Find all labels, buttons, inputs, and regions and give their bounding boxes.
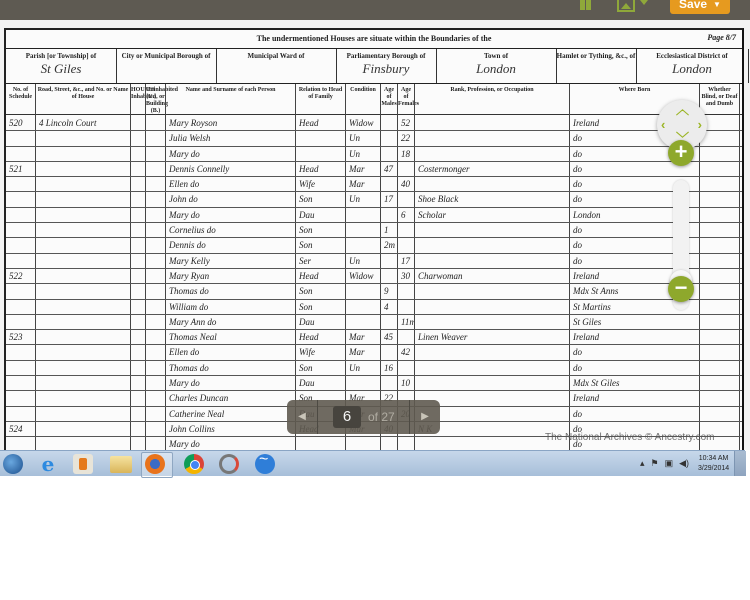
- cell-relation: Son: [299, 192, 345, 206]
- cell-street: [39, 162, 130, 176]
- cell-street: [39, 177, 130, 191]
- table-row: Thomas doSonUn16do: [6, 361, 742, 376]
- cell-female-age: [401, 361, 414, 375]
- cell-schedule: 524: [9, 422, 35, 436]
- cell-occupation: Scholar: [418, 208, 569, 222]
- cell-female-age: [401, 162, 414, 176]
- cell-street: [39, 131, 130, 145]
- cell-schedule: [9, 284, 35, 298]
- cell-condition: Un: [349, 254, 380, 268]
- column-header: Whether Blind, or Deaf and Dumb: [700, 84, 740, 114]
- column-header: Age of Females: [398, 84, 415, 114]
- cell-male-age: [384, 131, 397, 145]
- cell-born: do: [573, 361, 699, 375]
- internet-explorer-icon[interactable]: e: [38, 454, 58, 474]
- cell-relation: [299, 437, 345, 450]
- cell-name: Catherine Neal: [169, 407, 295, 421]
- cell-street: [39, 284, 130, 298]
- cell-condition: Un: [349, 147, 380, 161]
- cell-occupation: [418, 254, 569, 268]
- cell-female-age: [401, 284, 414, 298]
- cell-male-age: [384, 116, 397, 130]
- cell-male-age: [384, 177, 397, 191]
- cell-name: Mary Ryan: [169, 269, 295, 283]
- cell-occupation: [418, 376, 569, 390]
- save-label: Save: [679, 0, 707, 11]
- census-image-viewer[interactable]: The undermentioned Houses are situate wi…: [0, 20, 750, 450]
- table-row: Ellen doWifeMar40do: [6, 177, 742, 192]
- cell-relation: Dau: [299, 376, 345, 390]
- cell-condition: Un: [349, 192, 380, 206]
- header-field-value: London: [636, 61, 748, 77]
- system-tray: ▴ ⚑ ▣ ◀): [640, 458, 689, 469]
- cell-condition: Widow: [349, 116, 380, 130]
- cell-occupation: [418, 147, 569, 161]
- cell-male-age: 17: [384, 192, 397, 206]
- cell-name: Cornelius do: [169, 223, 295, 237]
- cell-schedule: [9, 391, 35, 405]
- cell-male-age: 2m: [384, 238, 397, 252]
- header-field-label: Ecclesiastical District of: [636, 52, 748, 60]
- header-field: Ecclesiastical District ofLondon: [636, 49, 749, 83]
- cell-street: [39, 238, 130, 252]
- cell-condition: Widow: [349, 269, 380, 283]
- cell-name: Charles Duncan: [169, 391, 295, 405]
- cell-male-age: 16: [384, 361, 397, 375]
- cell-name: John Collins: [169, 422, 295, 436]
- header-field-label: Municipal Ward of: [216, 52, 336, 60]
- volume-icon[interactable]: ◀): [679, 458, 689, 469]
- cell-female-age: 52: [401, 116, 414, 130]
- table-row: Mary Ann doDau11mSt Giles: [6, 315, 742, 330]
- table-row: Mary doUn18do: [6, 147, 742, 162]
- cell-relation: Son: [299, 284, 345, 298]
- cell-condition: [349, 223, 380, 237]
- clock[interactable]: 10:34 AM 3/29/2014: [698, 454, 729, 474]
- cell-condition: [349, 300, 380, 314]
- cell-schedule: [9, 223, 35, 237]
- chevron-down-icon[interactable]: [640, 0, 648, 5]
- table-row: 521Dennis ConnellyHeadMar47Costermongerd…: [6, 162, 742, 177]
- cell-condition: Mar: [349, 330, 380, 344]
- cell-relation: Head: [299, 269, 345, 283]
- cell-condition: [349, 437, 380, 450]
- cell-relation: Dau: [299, 315, 345, 329]
- cell-street: [39, 254, 130, 268]
- cell-street: [39, 269, 130, 283]
- column-header: Relation to Head of Family: [296, 84, 346, 114]
- cell-condition: [349, 208, 380, 222]
- cell-schedule: 520: [9, 116, 35, 130]
- cell-born: Mdx St Giles: [573, 376, 699, 390]
- cell-street: [39, 376, 130, 390]
- table-row: Thomas doSon9Mdx St Anns: [6, 284, 742, 299]
- cell-street: [39, 147, 130, 161]
- chrome-icon[interactable]: [184, 454, 204, 474]
- cell-occupation: [418, 391, 569, 405]
- cell-street: [39, 315, 130, 329]
- cell-name: Thomas do: [169, 284, 295, 298]
- cell-male-age: 47: [384, 162, 397, 176]
- cell-relation: [299, 147, 345, 161]
- column-header: Rank, Profession, or Occupation: [415, 84, 570, 114]
- cell-name: Ellen do: [169, 177, 295, 191]
- cell-occupation: [418, 116, 569, 130]
- column-header: Name and Surname of each Person: [166, 84, 296, 114]
- table-row: Mary KellySerUn17do: [6, 254, 742, 269]
- copyright-watermark: The National Archives © Ancestry.com: [545, 432, 714, 443]
- cell-male-age: [384, 269, 397, 283]
- cell-condition: Un: [349, 361, 380, 375]
- census-page: The undermentioned Houses are situate wi…: [4, 28, 744, 450]
- previous-page-button[interactable]: ◀: [287, 400, 318, 434]
- header-field-label: Parish [or Township] of: [6, 52, 116, 60]
- page-count-label: of 27: [368, 400, 395, 434]
- app-icon[interactable]: [255, 454, 275, 474]
- current-page-input[interactable]: 6: [333, 406, 361, 428]
- cell-schedule: [9, 192, 35, 206]
- cell-male-age: 9: [384, 284, 397, 298]
- header-field: Parliamentary Borough ofFinsbury: [336, 49, 437, 83]
- header-field-label: City or Municipal Borough of: [116, 52, 216, 60]
- column-header: No. of Schedule: [6, 84, 36, 114]
- header-field: Town ofLondon: [436, 49, 557, 83]
- media-player-icon[interactable]: [73, 454, 93, 474]
- cell-name: Ellen do: [169, 345, 295, 359]
- cell-schedule: [9, 376, 35, 390]
- cell-male-age: [384, 315, 397, 329]
- cell-name: Mary do: [169, 208, 295, 222]
- cell-male-age: [384, 208, 397, 222]
- show-desktop-button[interactable]: [734, 451, 746, 476]
- cell-relation: Son: [299, 300, 345, 314]
- cell-name: Thomas do: [169, 361, 295, 375]
- show-hidden-icons-icon[interactable]: ▴: [640, 458, 645, 469]
- cell-born: Ireland: [573, 330, 699, 344]
- cell-relation: Wife: [299, 345, 345, 359]
- header-field: Hamlet or Tything, &c., of: [556, 49, 637, 83]
- cell-street: [39, 192, 130, 206]
- cell-relation: Dau: [299, 208, 345, 222]
- cell-relation: Wife: [299, 177, 345, 191]
- cell-occupation: Shoe Black: [418, 192, 569, 206]
- cell-female-age: 6: [401, 208, 414, 222]
- cell-street: [39, 223, 130, 237]
- save-button[interactable]: Save ▼: [670, 0, 730, 14]
- cell-female-age: [401, 192, 414, 206]
- cell-occupation: [418, 300, 569, 314]
- cell-occupation: [418, 177, 569, 191]
- cell-female-age: 42: [401, 345, 414, 359]
- header-field-value: Finsbury: [336, 61, 436, 77]
- column-header: Uninhabited (U.), or Building (B.): [146, 84, 166, 114]
- cell-name: William do: [169, 300, 295, 314]
- cell-occupation: [418, 284, 569, 298]
- table-row: William doSon4St Martins: [6, 300, 742, 315]
- header-field-value: St Giles: [6, 61, 116, 77]
- cell-street: [39, 345, 130, 359]
- cell-female-age: [401, 437, 414, 450]
- cell-condition: Mar: [349, 177, 380, 191]
- cell-female-age: [401, 238, 414, 252]
- cell-female-age: [401, 223, 414, 237]
- column-header: Age of Males: [381, 84, 398, 114]
- cell-name: Dennis do: [169, 238, 295, 252]
- cell-relation: Head: [299, 116, 345, 130]
- cell-schedule: [9, 131, 35, 145]
- cell-schedule: [9, 238, 35, 252]
- cell-male-age: 1: [384, 223, 397, 237]
- cell-female-age: 30: [401, 269, 414, 283]
- cell-female-age: 40: [401, 177, 414, 191]
- cell-schedule: [9, 345, 35, 359]
- cell-relation: Son: [299, 361, 345, 375]
- cell-name: Mary Royson: [169, 116, 295, 130]
- cell-born: do: [573, 407, 699, 421]
- book-icon[interactable]: [580, 0, 592, 10]
- cell-condition: Mar: [349, 345, 380, 359]
- cell-occupation: [418, 345, 569, 359]
- boundary-header: Parish [or Township] ofSt GilesCity or M…: [6, 48, 742, 84]
- app-icon[interactable]: [219, 454, 239, 474]
- cell-condition: Mar: [349, 162, 380, 176]
- cell-relation: Head: [299, 162, 345, 176]
- cell-relation: Ser: [299, 254, 345, 268]
- cell-occupation: Charwoman: [418, 269, 569, 283]
- cell-condition: [349, 376, 380, 390]
- cell-schedule: [9, 407, 35, 421]
- page-heading: The undermentioned Houses are situate wi…: [6, 34, 742, 43]
- cell-female-age: 17: [401, 254, 414, 268]
- header-field-label: Town of: [436, 52, 556, 60]
- chevron-up-icon[interactable]: ︿: [676, 103, 689, 116]
- cell-born: St Giles: [573, 315, 699, 329]
- cell-schedule: [9, 361, 35, 375]
- table-row: Cornelius doSon1do: [6, 223, 742, 238]
- cell-occupation: Costermonger: [418, 162, 569, 176]
- header-field-label: Hamlet or Tything, &c., of: [556, 52, 636, 60]
- cell-schedule: 523: [9, 330, 35, 344]
- cell-male-age: [384, 254, 397, 268]
- cell-born: Ireland: [573, 391, 699, 405]
- table-row: 523Thomas NealHeadMar45Linen WeaverIrela…: [6, 330, 742, 345]
- cell-relation: Son: [299, 223, 345, 237]
- cell-street: [39, 391, 130, 405]
- next-page-button[interactable]: ▶: [409, 400, 440, 434]
- cell-schedule: [9, 254, 35, 268]
- cell-occupation: [418, 223, 569, 237]
- cell-name: Mary Kelly: [169, 254, 295, 268]
- page-navigator: ◀ 6 of 27 ▶: [287, 400, 440, 434]
- cell-male-age: [384, 345, 397, 359]
- cell-female-age: 18: [401, 147, 414, 161]
- cell-schedule: [9, 315, 35, 329]
- cell-male-age: 4: [384, 300, 397, 314]
- zoom-out-button[interactable]: −: [668, 276, 694, 302]
- network-icon[interactable]: ▣: [665, 458, 674, 469]
- cell-street: [39, 361, 130, 375]
- header-field-label: Parliamentary Borough of: [336, 52, 436, 60]
- cell-relation: Head: [299, 330, 345, 344]
- cell-occupation: [418, 407, 569, 421]
- windows-taskbar: e ▴ ⚑ ▣ ◀) 10:34 AM 3/29/2014: [0, 450, 745, 476]
- cell-name: Mary Ann do: [169, 315, 295, 329]
- cell-condition: Un: [349, 131, 380, 145]
- cell-born: do: [573, 345, 699, 359]
- cell-name: Mary do: [169, 376, 295, 390]
- cell-relation: Son: [299, 238, 345, 252]
- page-number-label: Page 8/7: [707, 33, 736, 42]
- cell-male-age: [384, 437, 397, 450]
- cell-female-age: 10: [401, 376, 414, 390]
- table-row: 5204 Lincoln CourtMary RoysonHeadWidow52…: [6, 116, 742, 131]
- cell-street: [39, 422, 130, 436]
- cell-occupation: [418, 361, 569, 375]
- cell-male-age: [384, 376, 397, 390]
- table-row: John doSonUn17Shoe Blackdo: [6, 192, 742, 207]
- cell-occupation: [418, 131, 569, 145]
- cell-schedule: [9, 208, 35, 222]
- file-explorer-icon[interactable]: [110, 456, 132, 473]
- table-row: Mary doDau6ScholarLondon: [6, 208, 742, 223]
- cell-occupation: Linen Weaver: [418, 330, 569, 344]
- cell-relation: [299, 131, 345, 145]
- cell-female-age: 11m: [401, 315, 414, 329]
- cell-occupation: [418, 238, 569, 252]
- column-header: HOUSES Inhabited: [131, 84, 146, 114]
- triangle-down-icon: ▼: [713, 0, 721, 9]
- header-field-value: London: [436, 61, 556, 77]
- cell-name: John do: [169, 192, 295, 206]
- cell-schedule: [9, 300, 35, 314]
- cell-street: [39, 208, 130, 222]
- header-field: City or Municipal Borough of: [116, 49, 217, 83]
- cell-name: Mary do: [169, 437, 295, 450]
- cell-schedule: [9, 437, 35, 450]
- chevron-right-icon[interactable]: ›: [698, 118, 702, 131]
- column-header: Condition: [346, 84, 381, 114]
- zoom-in-button[interactable]: +: [668, 140, 694, 166]
- table-row: Ellen doWifeMar42do: [6, 345, 742, 360]
- cell-street: 4 Lincoln Court: [39, 116, 130, 130]
- cell-name: Thomas Neal: [169, 330, 295, 344]
- cell-schedule: [9, 177, 35, 191]
- cell-schedule: [9, 147, 35, 161]
- cell-street: [39, 437, 130, 450]
- cell-female-age: [401, 300, 414, 314]
- cell-female-age: 22: [401, 131, 414, 145]
- cell-male-age: 45: [384, 330, 397, 344]
- cell-name: Mary do: [169, 147, 295, 161]
- cell-street: [39, 330, 130, 344]
- table-row: Dennis doSon2mdo: [6, 238, 742, 253]
- cell-male-age: [384, 147, 397, 161]
- header-field: Municipal Ward of: [216, 49, 337, 83]
- table-row: Mary doDau10Mdx St Giles: [6, 376, 742, 391]
- cell-condition: [349, 315, 380, 329]
- viewer-toolbar: Save ▼: [0, 0, 750, 20]
- column-header: Road, Street, &c., and No. or Name of Ho…: [36, 84, 131, 114]
- table-row: 522Mary RyanHeadWidow30CharwomanIreland: [6, 269, 742, 284]
- table-row: Julia WelshUn22do: [6, 131, 742, 146]
- cell-schedule: 522: [9, 269, 35, 283]
- cell-schedule: 521: [9, 162, 35, 176]
- cell-female-age: [401, 330, 414, 344]
- column-headers: No. of ScheduleRoad, Street, &c., and No…: [6, 84, 742, 115]
- header-field: Parish [or Township] ofSt Giles: [6, 49, 117, 83]
- cell-street: [39, 300, 130, 314]
- cell-condition: [349, 284, 380, 298]
- cell-street: [39, 407, 130, 421]
- firefox-icon[interactable]: [145, 454, 165, 474]
- cell-condition: [349, 238, 380, 252]
- image-icon[interactable]: [617, 0, 635, 12]
- windows-start-icon[interactable]: [3, 454, 23, 474]
- cell-name: Julia Welsh: [169, 131, 295, 145]
- flag-icon[interactable]: ⚑: [651, 458, 659, 469]
- chevron-left-icon[interactable]: ‹: [661, 118, 665, 131]
- clock-date: 3/29/2014: [698, 464, 729, 474]
- cell-occupation: [418, 315, 569, 329]
- clock-time: 10:34 AM: [698, 454, 729, 464]
- cell-name: Dennis Connelly: [169, 162, 295, 176]
